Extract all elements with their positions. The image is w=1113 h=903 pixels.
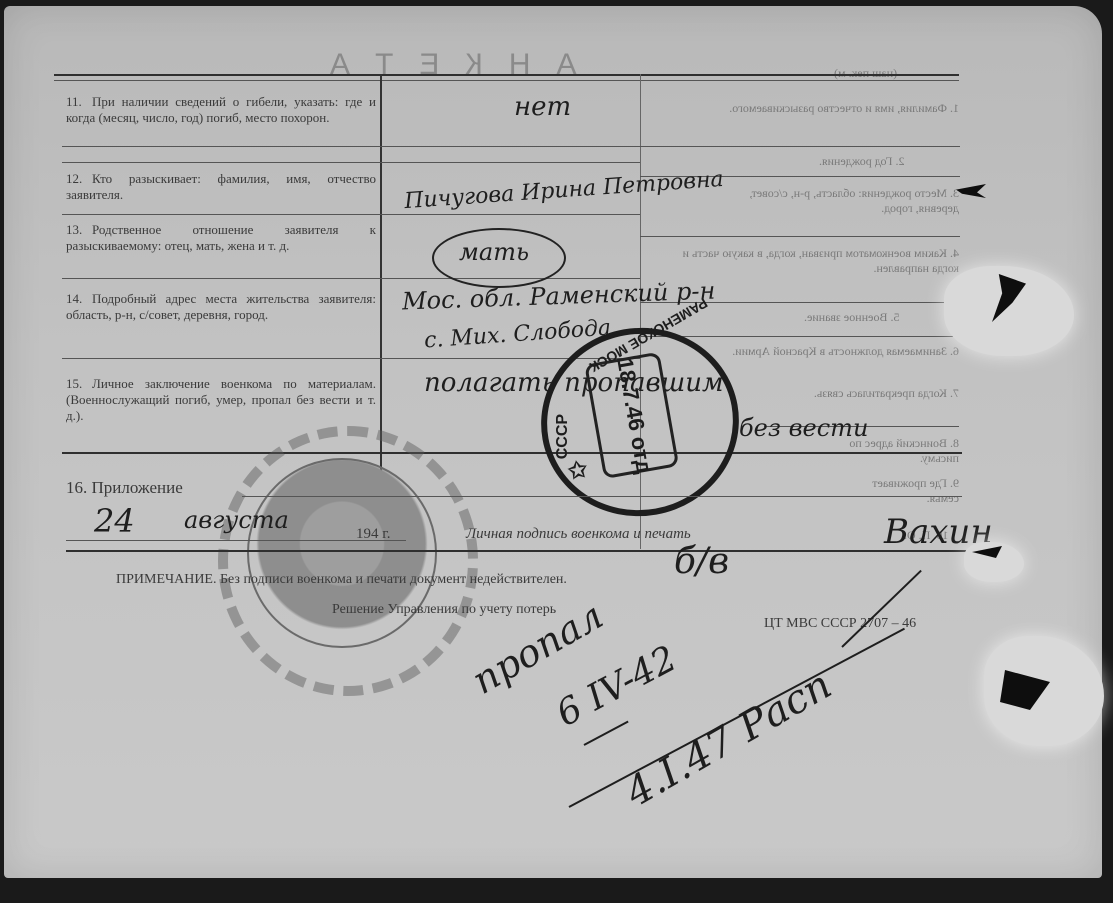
row-rule: [62, 358, 640, 359]
official-seal: [247, 458, 437, 648]
row-rule: [62, 146, 640, 147]
answer-15-line2: без вести: [739, 414, 868, 442]
resolution-strike: [569, 628, 905, 808]
mirrored-question-2: 2. Год рождения.: [819, 154, 904, 169]
question-13: 13.Родственное отношение заявителя к раз…: [66, 222, 376, 254]
mirrored-question-5: 5. Военное звание.: [804, 310, 900, 325]
appendix-label: 16. Приложение: [66, 478, 183, 498]
row-rule: [640, 336, 960, 337]
date-day: 24: [94, 502, 135, 540]
mirrored-question-3: 3. Место рождения: область, р-н, с/совет…: [734, 186, 959, 216]
print-code: ЦТ МВС СССР 2707 – 46: [764, 616, 916, 632]
date-rule: [66, 540, 406, 541]
question-14: 14.Подробный адрес места жительства заяв…: [66, 291, 376, 323]
star-icon: ✩: [566, 456, 589, 485]
question-12: 12.Кто разыскивает: фамилия, имя, отчест…: [66, 171, 376, 203]
row-rule: [640, 236, 960, 237]
row-rule: [62, 162, 640, 163]
signature-label: Личная подпись военкома и печать: [466, 526, 691, 543]
postal-stamp-country: СССР: [554, 414, 572, 459]
mirrored-question-6: 6. Занимаемая должность в Красной Армии.: [704, 344, 959, 359]
date-month: августа: [184, 506, 289, 534]
question-11: 11.При наличии сведений о гибели, указат…: [66, 94, 376, 126]
row-rule: [62, 214, 640, 215]
answer-11: нет: [514, 92, 571, 122]
resolution-line2: б/в: [674, 541, 729, 582]
top-rule: [54, 74, 959, 76]
document-page: АНКЕТА (наш пек. м) 11.При наличии сведе…: [4, 6, 1102, 878]
resolution-slash: [841, 570, 922, 648]
form-title: АНКЕТА: [304, 48, 577, 82]
mirrored-question-9: 9. Где проживает семья.: [839, 476, 959, 506]
answer-12: Пичугова Ирина Петровна: [404, 167, 725, 214]
row-rule: [62, 278, 640, 279]
question-15: 15.Личное заключение военкома по материа…: [66, 376, 376, 424]
column-divider-left: [380, 74, 382, 476]
mirrored-question-7: 7. Когда прекратилась связь.: [764, 386, 959, 401]
paper-hole: [956, 184, 986, 198]
answer-13: мать: [459, 238, 529, 266]
mirrored-question-4: 4. Каким военкоматом призван, когда, в к…: [654, 246, 959, 276]
top-rule-thin: [54, 80, 959, 81]
row-rule: [640, 146, 960, 147]
appendix-rule: [242, 496, 962, 497]
answer-14-line1: Мос. обл. Раменский р-н: [402, 277, 716, 316]
decision-label: Решение Управления по учету потерь: [332, 602, 556, 618]
note-text: ПРИМЕЧАНИЕ. Без подписи военкома и печат…: [116, 572, 567, 588]
signature-rule: [66, 550, 966, 552]
resolution-underline: [584, 721, 629, 746]
mirrored-question-1: 1. Фамилия, имя и отчество разыскиваемог…: [659, 101, 959, 116]
